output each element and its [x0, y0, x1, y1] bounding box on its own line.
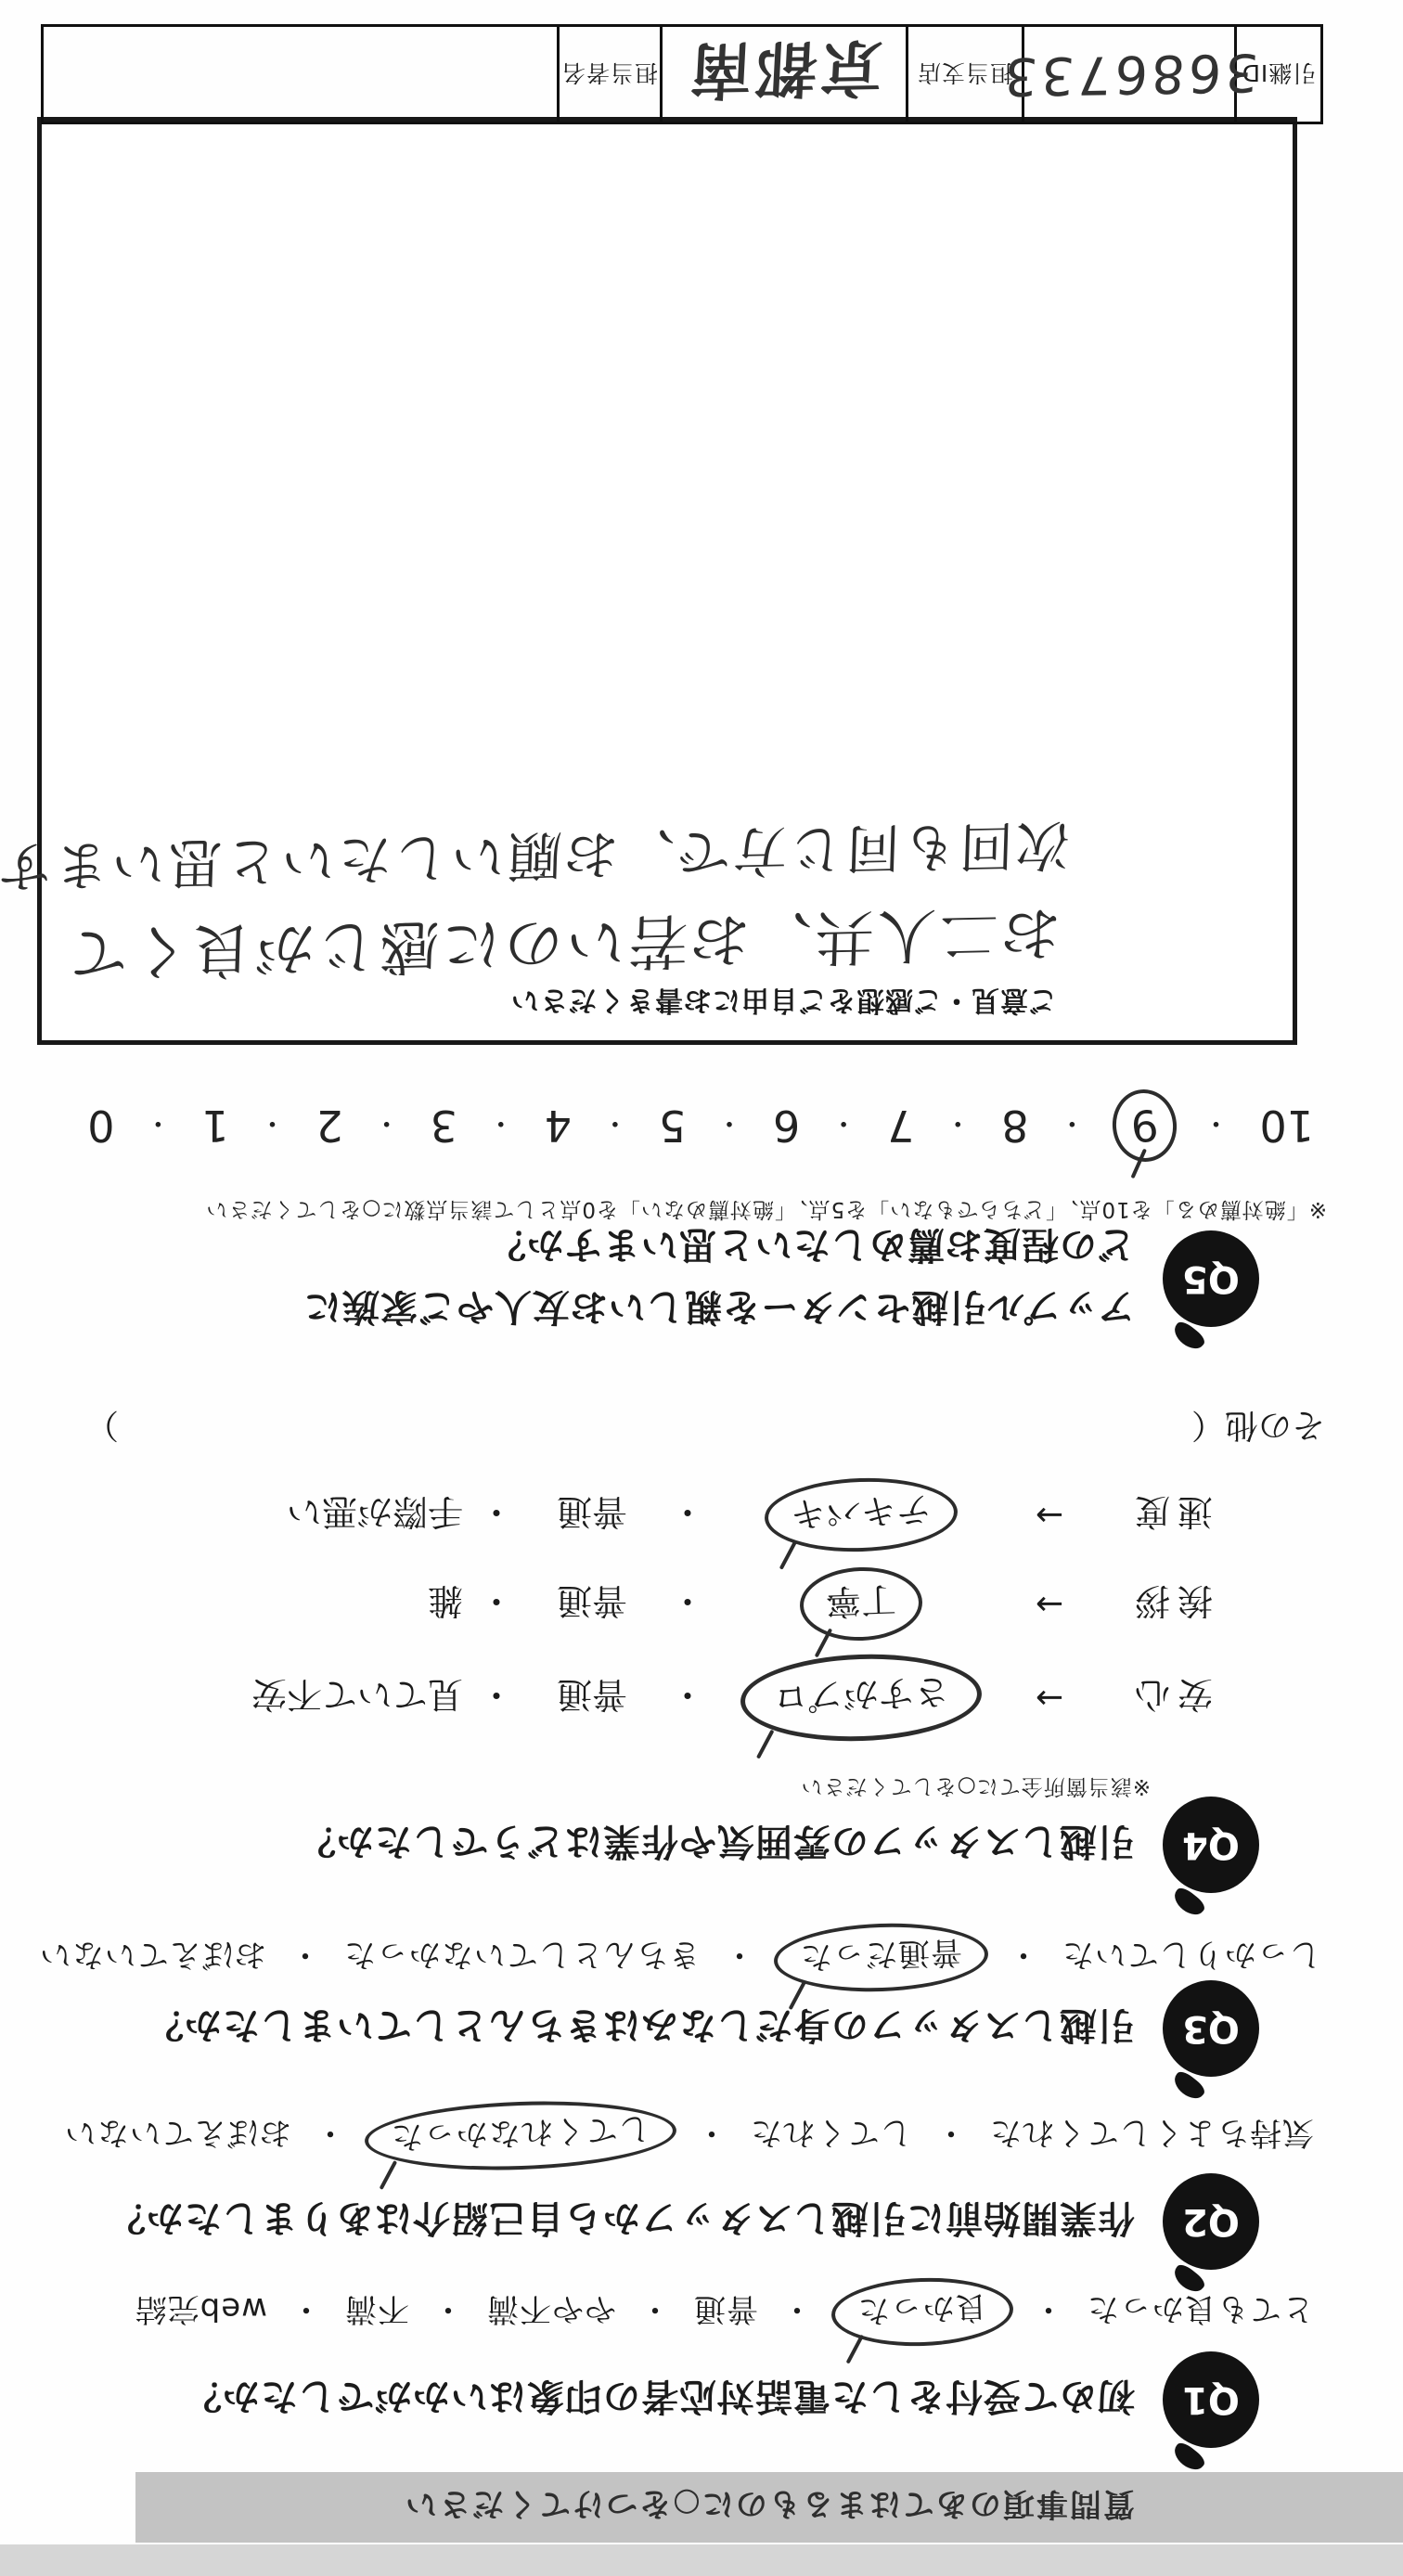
option-item: 手際が悪い: [287, 1489, 463, 1540]
handover-id-handwritten-value: 3686733: [999, 42, 1260, 107]
option-item: web完結: [135, 2289, 344, 2335]
separator-dot: [470, 1489, 522, 1540]
separator-dot: [662, 1578, 714, 1629]
separator-dot: [1058, 1105, 1086, 1146]
option-item: 雑: [428, 1578, 463, 1629]
option-item: きちんとしていなかった: [343, 1935, 778, 1980]
q2-options: 気持ちよくしてくれたしてくれたしてくれなかったおぼえていない: [64, 2109, 1314, 2162]
q3-options: しっかりしていた普通だったきちんとしていなかったおぼえていない: [39, 1931, 1321, 1984]
scale-value: 4: [545, 1101, 572, 1151]
handwritten-comment-line2: 次回も同じ方で、お願いしたいと思います: [0, 810, 1071, 910]
scale-value: 3: [431, 1101, 457, 1151]
question-1: Q1 初めて受付をした電話対応者の印象はいかがでしたか？: [184, 2351, 1259, 2448]
arrow-icon: →: [1009, 1496, 1090, 1534]
row-label: 挨拶: [1090, 1578, 1213, 1629]
branch-label: 担当支店: [917, 58, 1013, 91]
scale-value: 10: [1259, 1101, 1314, 1151]
row-label: 速度: [1090, 1489, 1213, 1540]
row-label: 安心: [1090, 1672, 1213, 1723]
separator-dot: [259, 1105, 287, 1146]
scale-value: 2: [315, 1101, 342, 1151]
selected-option-circle: 普通だった: [773, 1920, 989, 1995]
selected-score-circle: 9: [1108, 1087, 1179, 1166]
comment-box: ご意見・ご感想をご自由にお書きください お二人共、お若いのに感じが良くて 次回も…: [37, 117, 1297, 1045]
q3-badge-label: Q3: [1182, 2007, 1240, 2050]
q2-apple-icon: Q2: [1163, 2173, 1259, 2270]
question-5: Q5 アップル引越センターを親しいお友人やご家族に どの程度お薦めしたいと思いま…: [303, 1221, 1259, 1336]
q4-other-field: その他（ ）: [85, 1404, 1325, 1451]
q4-row-sokudo: 速度 → テキパキ 普通 手際が悪い: [287, 1486, 1213, 1544]
separator-dot: [470, 1578, 522, 1629]
other-close-paren: ）: [85, 1404, 119, 1451]
q1-question-text: 初めて受付をした電話対応者の印象はいかがでしたか？: [184, 2374, 1135, 2427]
option-item: 普通: [693, 2289, 835, 2335]
scale-value: 6: [773, 1101, 800, 1151]
q1-apple-icon: Q1: [1163, 2351, 1259, 2448]
option-item: 不満: [344, 2289, 486, 2335]
q4-question-text: 引越しスタッフの雰囲気や作業はどうでしたか？: [298, 1819, 1135, 1872]
separator-dot: [487, 1105, 515, 1146]
q4-note: ※該当箇所全てに○をしてください: [801, 1773, 1151, 1804]
separator-dot: [662, 1489, 714, 1540]
arrow-icon: →: [1009, 1585, 1090, 1623]
option-item: 気持ちよくしてくれた: [989, 2113, 1314, 2158]
handover-id-value-cell: 3686733: [1022, 24, 1237, 124]
q5-question-line1: アップル引越センターを親しいお友人やご家族に: [303, 1283, 1135, 1336]
separator-dot: [470, 1672, 522, 1723]
option-item: してくれた: [750, 2113, 989, 2158]
selected-option-circle: テキパキ: [764, 1475, 959, 1554]
separator-dot: [1203, 1105, 1230, 1146]
selected-option-circle: 丁寧: [799, 1565, 924, 1643]
q4-row-aisatsu: 挨拶 → 丁寧 普通 雑: [428, 1575, 1213, 1633]
separator-dot: [601, 1105, 629, 1146]
q4-row-anshin: 安心 → さすがプロ 普通 見ていて不安: [251, 1662, 1213, 1733]
option-item: 普通: [522, 1489, 662, 1540]
q1-badge-label: Q1: [1182, 2378, 1240, 2421]
question-3: Q3 引越しスタッフの身だしなみはきちんとしていましたか？: [146, 1980, 1259, 2077]
office-use-table: 引継ID 3686733 担当支店 京都南 担当者名: [41, 24, 1323, 124]
other-open-label: その他（: [1191, 1404, 1325, 1451]
q4-badge-label: Q4: [1182, 1823, 1240, 1866]
section-title-bar: 質問事項のあてはまるものに○をつけてください: [135, 2472, 1403, 2543]
selected-option-circle: 良かった: [830, 2275, 1014, 2350]
survey-sheet-scan: 質問事項のあてはまるものに○をつけてください Q1 初めて受付をした電話対応者の…: [0, 0, 1403, 2576]
option-item: とても良かった: [1087, 2289, 1314, 2335]
branch-handwritten-value: 京都南: [685, 29, 884, 121]
q1-options: とても良かった良かった普通やや不満不満web完結: [135, 2286, 1314, 2338]
q5-apple-icon: Q5: [1163, 1230, 1259, 1327]
separator-dot: [715, 1105, 743, 1146]
option-item: やや不満: [486, 2289, 693, 2335]
q5-note: ※「絶対薦める」を10点、「どちらでもない」を5点、「絶対薦めない」を0点として…: [205, 1196, 1327, 1227]
q3-question-text: 引越しスタッフの身だしなみはきちんとしていましたか？: [146, 2003, 1135, 2055]
option-item: おぼえていない: [64, 2113, 368, 2158]
scale-value: 5: [659, 1101, 686, 1151]
staff-name-value-cell: [41, 24, 560, 124]
branch-value-cell: 京都南: [660, 24, 908, 124]
q2-question-text: 作業開始前に引越しスタッフから自己紹介はありましたか？: [108, 2196, 1135, 2248]
arrow-icon: →: [1009, 1679, 1090, 1717]
nps-scale: 10 9 8 7 6 5 4 3 2 1 0: [87, 1097, 1314, 1154]
option-item: しっかりしていた: [1062, 1935, 1321, 1980]
separator-dot: [144, 1105, 172, 1146]
q3-apple-icon: Q3: [1163, 1980, 1259, 2077]
option-item: 見ていて不安: [251, 1672, 463, 1723]
q4-apple-icon: Q4: [1163, 1797, 1259, 1893]
scale-value: 8: [1001, 1101, 1028, 1151]
scale-value: 0: [87, 1101, 114, 1151]
question-2: Q2 作業開始前に引越しスタッフから自己紹介はありましたか？: [108, 2173, 1259, 2270]
scale-value: 7: [887, 1101, 914, 1151]
selected-option-circle: さすがプロ: [739, 1650, 983, 1745]
selected-option-circle: してくれなかった: [364, 2096, 677, 2175]
rotated-sheet: 質問事項のあてはまるものに○をつけてください Q1 初めて受付をした電話対応者の…: [0, 0, 1403, 2576]
separator-dot: [944, 1105, 972, 1146]
separator-dot: [830, 1105, 857, 1146]
staff-name-label: 担当者名: [561, 58, 658, 91]
option-item: 普通: [522, 1672, 662, 1723]
q2-badge-label: Q2: [1182, 2200, 1240, 2243]
section-title-text: 質問事項のあてはまるものに○をつけてください: [404, 2485, 1135, 2531]
option-item: おぼえていない: [39, 1935, 343, 1980]
staff-name-label-cell: 担当者名: [557, 24, 663, 124]
question-4: Q4 引越しスタッフの雰囲気や作業はどうでしたか？: [298, 1797, 1259, 1893]
separator-dot: [662, 1672, 714, 1723]
q5-question-line2: どの程度お薦めしたいと思いますか？: [303, 1221, 1135, 1274]
separator-dot: [373, 1105, 401, 1146]
scale-value: 1: [201, 1101, 228, 1151]
scanner-edge-strip: [0, 2544, 1403, 2576]
q5-badge-label: Q5: [1182, 1257, 1240, 1300]
option-item: 普通: [522, 1578, 662, 1629]
